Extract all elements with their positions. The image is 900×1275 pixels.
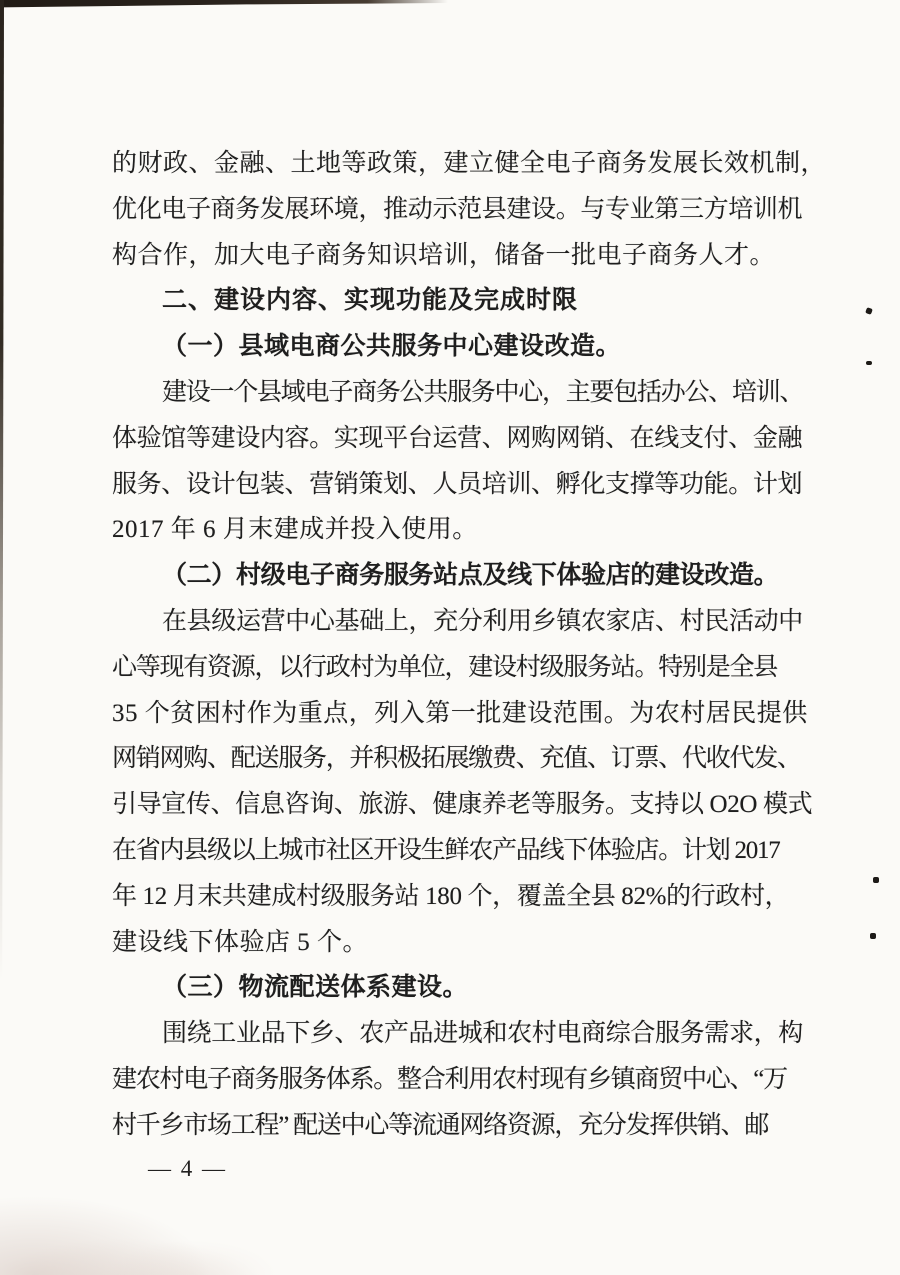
scanned-document-page: 的财政、金融、土地等政策，建立健全电子商务发展长效机制， 优化电子商务发展环境，… [0, 0, 900, 1275]
scan-edge-top-artifact [0, 0, 448, 8]
ink-speck [865, 307, 873, 315]
body-text-line: 引导宣传、信息咨询、旅游、健康养老等服务。支持以 O2O 模式 [112, 782, 806, 828]
ink-speck [866, 361, 872, 365]
subsection-heading: （二）村级电子商务服务站点及线下体验店的建设改造。 [112, 553, 806, 599]
section-heading: 二、建设内容、实现功能及完成时限 [112, 278, 806, 324]
body-text-line: 在县级运营中心基础上，充分利用乡镇农家店、村民活动中 [112, 599, 806, 645]
body-text-line: 的财政、金融、土地等政策，建立健全电子商务发展长效机制， [112, 141, 806, 187]
body-text-line: 建农村电子商务服务体系。整合利用农村现有乡镇商贸中心、“万 [112, 1057, 806, 1103]
body-text-line: 构合作，加大电子商务知识培训，储备一批电子商务人才。 [112, 233, 806, 279]
body-text-line: 2017 年 6 月末建成并投入使用。 [112, 507, 806, 553]
body-text-line: 在省内县级以上城市社区开设生鲜农产品线下体验店。计划 2017 [112, 828, 806, 874]
body-text-line: 围绕工业品下乡、农产品进城和农村电商综合服务需求，构 [112, 1011, 806, 1057]
scan-edge-left-artifact [0, 0, 4, 980]
document-body: 的财政、金融、土地等政策，建立健全电子商务发展长效机制， 优化电子商务发展环境，… [112, 141, 806, 1149]
ink-speck [870, 933, 876, 939]
body-text-line: 建设一个县域电子商务公共服务中心，主要包括办公、培训、 [112, 370, 806, 416]
subsection-heading: （一）县域电商公共服务中心建设改造。 [112, 324, 806, 370]
body-text-line: 体验馆等建设内容。实现平台运营、网购网销、在线支付、金融 [112, 416, 806, 462]
body-text-line: 年 12 月末共建成村级服务站 180 个，覆盖全县 82%的行政村， [112, 874, 806, 920]
page-number: — 4 — [148, 1156, 227, 1182]
body-text-line: 优化电子商务发展环境，推动示范县建设。与专业第三方培训机 [112, 187, 806, 233]
body-text-line: 心等现有资源，以行政村为单位，建设村级服务站。特别是全县 [112, 645, 806, 691]
ink-speck [873, 877, 879, 883]
body-text-line: 35 个贫困村作为重点，列入第一批建设范围。为农村居民提供 [112, 691, 806, 737]
subsection-heading: （三）物流配送体系建设。 [112, 965, 806, 1011]
body-text-line: 建设线下体验店 5 个。 [112, 920, 806, 966]
body-text-line: 村千乡市场工程” 配送中心等流通网络资源，充分发挥供销、邮 [112, 1103, 806, 1149]
body-text-line: 网销网购、配送服务，并积极拓展缴费、充值、订票、代收代发、 [112, 736, 806, 782]
body-text-line: 服务、设计包装、营销策划、人员培训、孵化支撑等功能。计划 [112, 462, 806, 508]
